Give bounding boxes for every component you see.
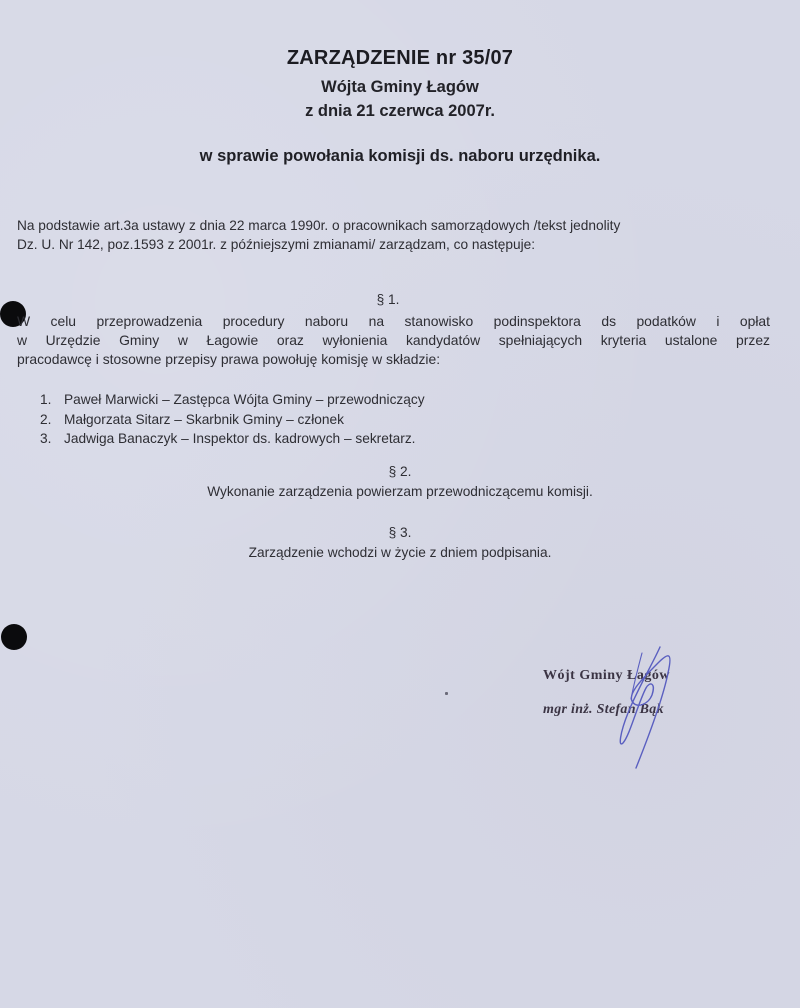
section-3-mark: § 3. [0,525,800,540]
signature-block: Wójt Gminy Łagów mgr inż. Stefan Bąk [540,665,740,775]
section-1-line: pracodawcę i stosowne przepisy prawa pow… [17,350,770,369]
section-1-line: W celu przeprowadzenia procedury naboru … [17,312,770,331]
preamble-line: Dz. U. Nr 142, poz.1593 z 2001r. z późni… [17,235,777,254]
preamble-paragraph: Na podstawie art.3a ustawy z dnia 22 mar… [17,216,777,254]
section-1-line: w Urzędzie Gminy w Łagowie oraz wyłonien… [17,331,770,350]
list-item-number: 2. [40,410,64,430]
list-item: 2.Małgorzata Sitarz – Skarbnik Gminy – c… [40,410,425,430]
list-item: 3.Jadwiga Banaczyk – Inspektor ds. kadro… [40,429,425,449]
handwritten-signature-icon [598,643,698,773]
list-item-text: Jadwiga Banaczyk – Inspektor ds. kadrowy… [64,431,415,446]
section-2-mark: § 2. [0,464,800,479]
list-item: 1.Paweł Marwicki – Zastępca Wójta Gminy … [40,390,425,410]
document-title: ZARZĄDZENIE nr 35/07 [0,47,800,70]
section-1-paragraph: W celu przeprowadzenia procedury naboru … [17,312,770,369]
scanned-document-page: ZARZĄDZENIE nr 35/07 Wójta Gminy Łagów z… [0,0,800,1008]
list-item-text: Paweł Marwicki – Zastępca Wójta Gminy – … [64,392,425,407]
scan-speck [445,692,448,695]
list-item-number: 1. [40,390,64,410]
section-1-mark: § 1. [0,292,788,307]
section-2-text: Wykonanie zarządzenia powierzam przewodn… [0,484,800,499]
list-item-number: 3. [40,429,64,449]
hole-punch-bottom [1,624,27,650]
document-issuer: Wójta Gminy Łagów [0,78,800,97]
document-date: z dnia 21 czerwca 2007r. [0,102,800,121]
list-item-text: Małgorzata Sitarz – Skarbnik Gminy – czł… [64,412,344,427]
section-3-text: Zarządzenie wchodzi w życie z dniem podp… [0,545,800,560]
preamble-line: Na podstawie art.3a ustawy z dnia 22 mar… [17,216,777,235]
committee-members-list: 1.Paweł Marwicki – Zastępca Wójta Gminy … [40,390,425,449]
document-subject: w sprawie powołania komisji ds. naboru u… [0,147,800,166]
